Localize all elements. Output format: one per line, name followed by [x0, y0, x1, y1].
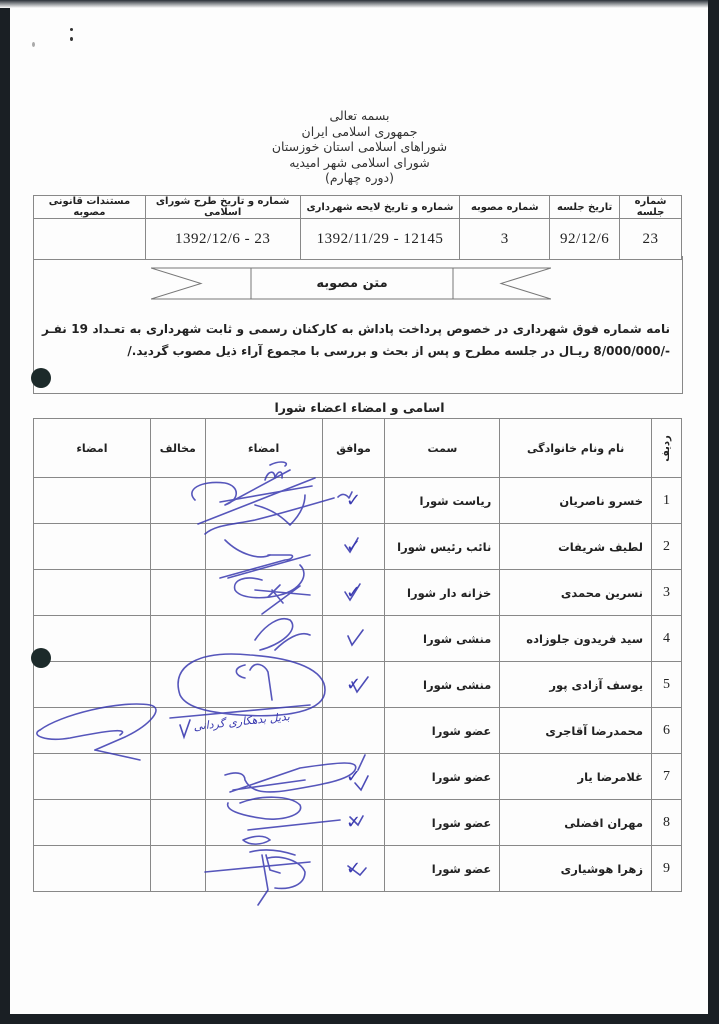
- oppose-signature-cell: [34, 570, 151, 616]
- member-row: 2 لطیف شریفات نائب رئیس شورا ✓: [34, 524, 682, 570]
- members-table: ردیف نام ونام خانوادگی سمت موافق امضاء م…: [33, 418, 682, 892]
- oppose-cell: [150, 524, 205, 570]
- header-province-councils: شوراهای اسلامی استان خوزستان: [0, 139, 719, 155]
- oppose-signature-cell: [34, 708, 151, 754]
- scan-edge-bottom: [0, 1014, 719, 1024]
- agree-checkmark-icon: [322, 616, 385, 662]
- member-role: عضو شورا: [385, 800, 500, 846]
- member-name: سید فریدون جلوزاده: [500, 616, 652, 662]
- resolution-meta-table: شماره جلسه تاریخ جلسه شماره مصوبه شماره …: [33, 195, 682, 260]
- member-role: عضو شورا: [385, 708, 500, 754]
- approval-text: نامه شماره فوق شهرداری در خصوص پرداخت پا…: [42, 318, 670, 362]
- row-number: 9: [652, 846, 682, 892]
- scan-speck: [70, 37, 73, 41]
- agree-checkmark-icon: ✓: [322, 662, 385, 708]
- agree-signature-cell: [205, 524, 322, 570]
- header-country: جمهوری اسلامی ایران: [0, 124, 719, 140]
- header-city-council: شورای اسلامی شهر امیدیه: [0, 155, 719, 171]
- header-term: (دوره چهارم): [0, 170, 719, 186]
- oppose-header: مخالف: [150, 419, 205, 478]
- member-name: غلامرضا یار: [500, 754, 652, 800]
- oppose-signature-cell: [34, 478, 151, 524]
- row-number: 6: [652, 708, 682, 754]
- session-number-header: شماره جلسه: [620, 196, 682, 219]
- member-name: مهران افضلی: [500, 800, 652, 846]
- agree-checkmark-icon: [322, 708, 385, 754]
- member-role: عضو شورا: [385, 846, 500, 892]
- row-number-header: ردیف: [652, 419, 682, 478]
- role-header: سمت: [385, 419, 500, 478]
- row-number: 8: [652, 800, 682, 846]
- member-role: ریاست شورا: [385, 478, 500, 524]
- row-number: 3: [652, 570, 682, 616]
- member-row: 7 غلامرضا یار عضو شورا ✓: [34, 754, 682, 800]
- oppose-cell: [150, 570, 205, 616]
- oppose-signature-cell: [34, 754, 151, 800]
- approval-title: متن مصوبه: [251, 267, 453, 300]
- agree-checkmark-icon: ✓: [322, 524, 385, 570]
- member-name: یوسف آزادی پور: [500, 662, 652, 708]
- council-plan-header: شماره و تاریخ طرح شورای اسلامی: [145, 196, 300, 219]
- member-row: 5 یوسف آزادی پور منشی شورا ✓: [34, 662, 682, 708]
- oppose-cell: [150, 708, 205, 754]
- agree-signature-cell: [205, 846, 322, 892]
- member-row: 8 مهران افضلی عضو شورا ✓: [34, 800, 682, 846]
- agree-signature-cell: [205, 570, 322, 616]
- row-number: 2: [652, 524, 682, 570]
- oppose-signature-cell: [34, 846, 151, 892]
- oppose-cell: [150, 754, 205, 800]
- header-bismillah: بسمه تعالی: [0, 108, 719, 124]
- member-name: خسرو ناصریان: [500, 478, 652, 524]
- legal-documents-value: [34, 219, 146, 260]
- member-row: 1 خسرو ناصریان ریاست شورا ✓: [34, 478, 682, 524]
- agree-signature-cell: [205, 662, 322, 708]
- agree-signature-header: امضاء: [205, 419, 322, 478]
- oppose-cell: [150, 616, 205, 662]
- member-role: خزانه دار شورا: [385, 570, 500, 616]
- session-number-value: 23: [620, 219, 682, 260]
- meta-header-row: شماره جلسه تاریخ جلسه شماره مصوبه شماره …: [34, 196, 682, 219]
- oppose-signature-cell: [34, 800, 151, 846]
- oppose-signature-cell: [34, 662, 151, 708]
- member-role: نائب رئیس شورا: [385, 524, 500, 570]
- approval-title-ribbon: متن مصوبه: [151, 267, 551, 300]
- meta-value-row: 23 92/12/6 3 1392/11/29 - 12145 1392/12/…: [34, 219, 682, 260]
- row-number: 4: [652, 616, 682, 662]
- name-header: نام ونام خانوادگی: [500, 419, 652, 478]
- punch-hole: [31, 648, 51, 668]
- punch-hole: [31, 368, 51, 388]
- member-name: لطیف شریفات: [500, 524, 652, 570]
- row-number: 1: [652, 478, 682, 524]
- member-row: 6 محمدرضا آقاجری عضو شورا: [34, 708, 682, 754]
- agree-signature-cell: [205, 754, 322, 800]
- agree-checkmark-icon: ✓: [322, 846, 385, 892]
- resolution-number-header: شماره مصوبه: [460, 196, 550, 219]
- scan-speck: [70, 28, 73, 31]
- municipal-bill-value: 1392/11/29 - 12145: [300, 219, 460, 260]
- member-role: عضو شورا: [385, 754, 500, 800]
- document-header: بسمه تعالی جمهوری اسلامی ایران شوراهای ا…: [0, 108, 719, 186]
- member-name: نسرین محمدی: [500, 570, 652, 616]
- member-role: منشی شورا: [385, 662, 500, 708]
- agree-checkmark-icon: ✓: [322, 570, 385, 616]
- member-row: 4 سید فریدون جلوزاده منشی شورا: [34, 616, 682, 662]
- agree-signature-cell: [205, 478, 322, 524]
- members-caption: اسامی و امضاء اعضاء شورا: [0, 400, 719, 415]
- oppose-signature-header: امضاء: [34, 419, 151, 478]
- legal-documents-header: مستندات قانونی مصوبه: [34, 196, 146, 219]
- agree-signature-cell: [205, 708, 322, 754]
- row-number: 5: [652, 662, 682, 708]
- agree-signature-cell: [205, 800, 322, 846]
- oppose-cell: [150, 800, 205, 846]
- member-name: محمدرضا آقاجری: [500, 708, 652, 754]
- agree-checkmark-icon: ✓: [322, 754, 385, 800]
- member-row: 3 نسرین محمدی خزانه دار شورا ✓: [34, 570, 682, 616]
- agree-header: موافق: [322, 419, 385, 478]
- members-header-row: ردیف نام ونام خانوادگی سمت موافق امضاء م…: [34, 419, 682, 478]
- member-role: منشی شورا: [385, 616, 500, 662]
- oppose-signature-cell: [34, 524, 151, 570]
- agree-signature-cell: [205, 616, 322, 662]
- scan-edge-top: [0, 0, 719, 8]
- approval-section: متن مصوبه نامه شماره فوق شهرداری در خصوص…: [33, 256, 683, 394]
- oppose-cell: [150, 846, 205, 892]
- oppose-cell: [150, 478, 205, 524]
- oppose-signature-cell: [34, 616, 151, 662]
- municipal-bill-header: شماره و تاریخ لایحه شهرداری: [300, 196, 460, 219]
- scan-speck: [32, 42, 35, 47]
- session-date-value: 92/12/6: [550, 219, 620, 260]
- session-date-header: تاریخ جلسه: [550, 196, 620, 219]
- agree-checkmark-icon: ✓: [322, 478, 385, 524]
- member-name: زهرا هوشیاری: [500, 846, 652, 892]
- council-plan-value: 1392/12/6 - 23: [145, 219, 300, 260]
- oppose-cell: [150, 662, 205, 708]
- member-row: 9 زهرا هوشیاری عضو شورا ✓: [34, 846, 682, 892]
- agree-checkmark-icon: ✓: [322, 800, 385, 846]
- row-number: 7: [652, 754, 682, 800]
- resolution-number-value: 3: [460, 219, 550, 260]
